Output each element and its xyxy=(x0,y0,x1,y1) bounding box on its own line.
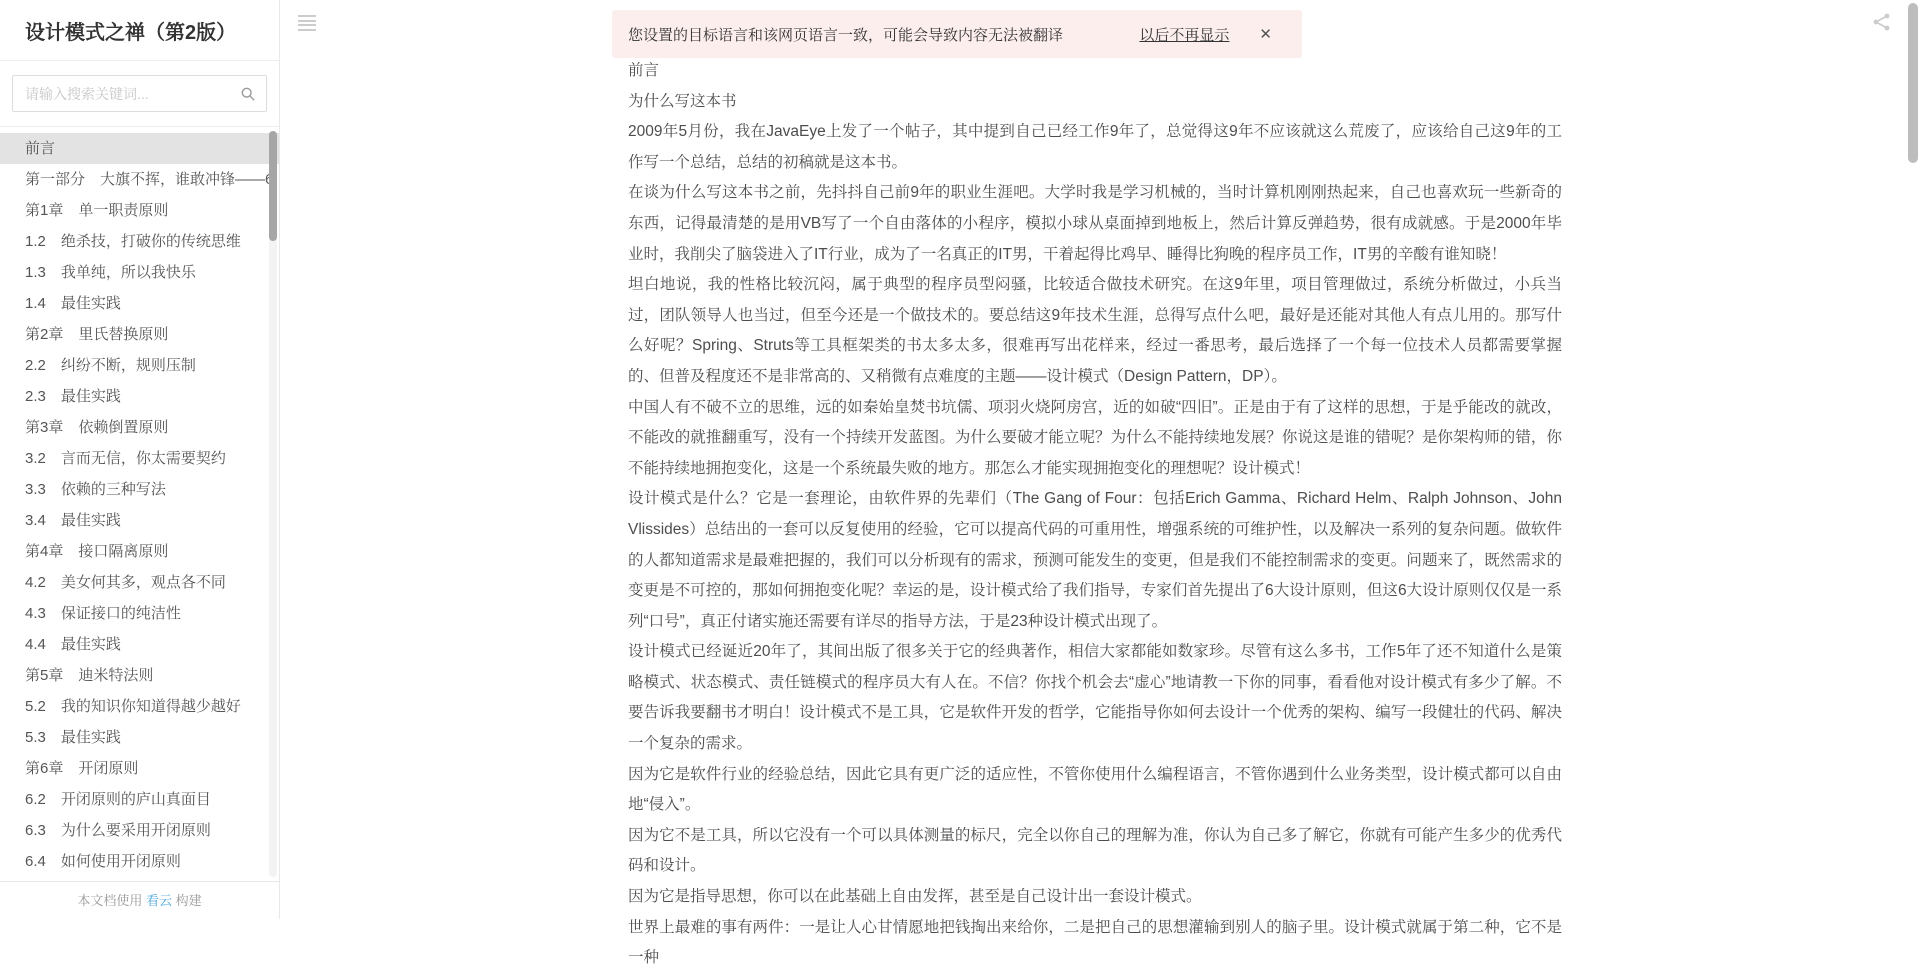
content-paragraph: 2009年5月份，我在JavaEye上发了一个帖子，其中提到自己已经工作9年了，… xyxy=(628,117,1562,178)
content-paragraph: 中国人有不破不立的思维，远的如秦始皇焚书坑儒、项羽火烧阿房宫，近的如破“四旧”。… xyxy=(628,393,1562,485)
sidebar-item[interactable]: 3.4 最佳实践 xyxy=(0,505,279,536)
document-body: 前言 为什么写这本书 2009年5月份，我在JavaEye上发了一个帖子，其中提… xyxy=(628,56,1562,919)
sidebar-item[interactable]: 4.3 保证接口的纯洁性 xyxy=(0,598,279,629)
sidebar-item[interactable]: 第5章 迪米特法则 xyxy=(0,660,279,691)
notification-message: 您设置的目标语言和该网页语言一致，可能会导致内容无法被翻译 xyxy=(628,24,1063,45)
content-paragraph: 在谈为什么写这本书之前，先抖抖自己前9年的职业生涯吧。大学时我是学习机械的，当时… xyxy=(628,178,1562,270)
content-paragraph: 世界上最难的事有两件：一是让人心甘情愿地把钱掏出来给你，二是把自己的思想灌输到别… xyxy=(628,913,1562,919)
sidebar-item[interactable]: 第2章 里氏替换原则 xyxy=(0,319,279,350)
content-paragraph: 因为它是指导思想，你可以在此基础上自由发挥，甚至是自己设计出一套设计模式。 xyxy=(628,882,1562,913)
content-paragraph: 因为它是软件行业的经验总结，因此它具有更广泛的适应性，不管你使用什么编程语言，不… xyxy=(628,760,1562,821)
sidebar-item[interactable]: 5.2 我的知识你知道得越少越好 xyxy=(0,691,279,722)
content-paragraphs: 2009年5月份，我在JavaEye上发了一个帖子，其中提到自己已经工作9年了，… xyxy=(628,117,1562,919)
sidebar-item[interactable]: 4.4 最佳实践 xyxy=(0,629,279,660)
page-scrollbar-thumb[interactable] xyxy=(1908,3,1918,163)
dismiss-forever-link[interactable]: 以后不再显示 xyxy=(1139,24,1229,45)
share-icon[interactable] xyxy=(1872,12,1892,32)
sidebar-item[interactable]: 3.2 言而无信，你太需要契约 xyxy=(0,443,279,474)
hamburger-icon[interactable] xyxy=(298,15,316,31)
content-paragraph: 设计模式已经诞近20年了，其间出版了很多关于它的经典著作，相信大家都能如数家珍。… xyxy=(628,637,1562,759)
content-paragraph: 坦白地说，我的性格比较沉闷，属于典型的程序员型闷骚，比较适合做技术研究。在这9年… xyxy=(628,270,1562,392)
sidebar-item[interactable]: 4.2 美女何其多，观点各不同 xyxy=(0,567,279,598)
sidebar-item[interactable]: 1.4 最佳实践 xyxy=(0,288,279,319)
sidebar: 设计模式之禅（第2版） 前言第一部分 大旗不挥，谁敢冲锋——6第1章 单一职责原… xyxy=(0,0,280,919)
translate-notification: 您设置的目标语言和该网页语言一致，可能会导致内容无法被翻译 以后不再显示 ✕ xyxy=(612,10,1302,58)
content-subheading: 为什么写这本书 xyxy=(628,87,1562,118)
sidebar-item[interactable]: 6.2 开闭原则的庐山真面目 xyxy=(0,784,279,815)
sidebar-item[interactable]: 第一部分 大旗不挥，谁敢冲锋——6 xyxy=(0,164,279,195)
search-input[interactable] xyxy=(12,75,267,112)
content-paragraph: 因为它不是工具，所以它没有一个可以具体测量的标尺，完全以你自己的理解为准，你认为… xyxy=(628,821,1562,882)
sidebar-item[interactable]: 2.2 纠纷不断，规则压制 xyxy=(0,350,279,381)
sidebar-item[interactable]: 5.3 最佳实践 xyxy=(0,722,279,753)
kancloud-link[interactable]: 看云 xyxy=(146,893,172,908)
sidebar-item[interactable]: 1.2 绝杀技，打破你的传统思维 xyxy=(0,226,279,257)
sidebar-item[interactable]: 第1章 单一职责原则 xyxy=(0,195,279,226)
magnifier-icon[interactable] xyxy=(241,87,255,101)
sidebar-item[interactable]: 6.3 为什么要采用开闭原则 xyxy=(0,815,279,846)
sidebar-item[interactable]: 1.3 我单纯，所以我快乐 xyxy=(0,257,279,288)
sidebar-item[interactable]: 前言 xyxy=(0,133,279,164)
search-bar xyxy=(0,61,279,127)
sidebar-item[interactable]: 2.3 最佳实践 xyxy=(0,381,279,412)
close-icon[interactable]: ✕ xyxy=(1259,27,1272,42)
footer-prefix: 本文档使用 xyxy=(77,893,146,908)
sidebar-item[interactable]: 第4章 接口隔离原则 xyxy=(0,536,279,567)
content-heading: 前言 xyxy=(628,56,1562,87)
content-paragraph: 设计模式是什么？它是一套理论，由软件界的先辈们（The Gang of Four… xyxy=(628,484,1562,637)
sidebar-scrollbar-thumb[interactable] xyxy=(269,131,277,241)
sidebar-footer: 本文档使用 看云 构建 xyxy=(0,881,279,919)
sidebar-item[interactable]: 第6章 开闭原则 xyxy=(0,753,279,784)
sidebar-scrollbar-track[interactable] xyxy=(269,131,277,877)
footer-suffix: 构建 xyxy=(172,893,202,908)
table-of-contents: 前言第一部分 大旗不挥，谁敢冲锋——6第1章 单一职责原则1.2 绝杀技，打破你… xyxy=(0,127,279,881)
sidebar-item[interactable]: 6.4 如何使用开闭原则 xyxy=(0,846,279,877)
sidebar-item[interactable]: 3.3 依赖的三种写法 xyxy=(0,474,279,505)
sidebar-item[interactable]: 第3章 依赖倒置原则 xyxy=(0,412,279,443)
book-title: 设计模式之禅（第2版） xyxy=(0,0,279,61)
